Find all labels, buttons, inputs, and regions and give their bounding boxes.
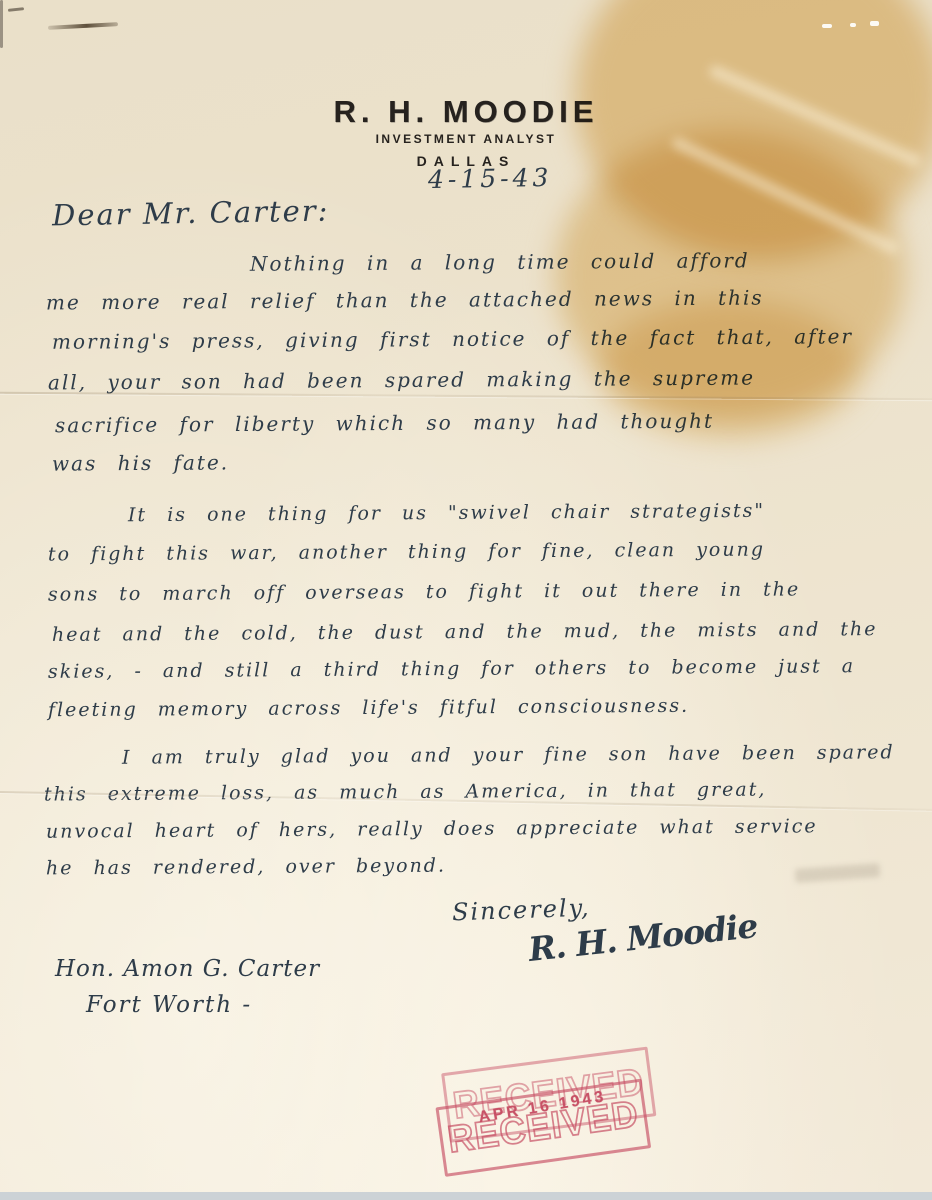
body-line: It is one thing for us "swivel chair str… (128, 500, 765, 526)
letterhead-name: R. H. MOODIE (0, 94, 932, 130)
scanned-letter-page: R. H. MOODIE INVESTMENT ANALYST DALLAS 4… (0, 0, 932, 1192)
body-line: he has rendered, over beyond. (46, 855, 446, 880)
body-line: sacrifice for liberty which so many had … (55, 409, 714, 438)
salutation: Dear Mr. Carter: (52, 194, 330, 233)
body-line: this extreme loss, as much as America, i… (44, 778, 767, 805)
body-line: sons to march off overseas to fight it o… (48, 578, 800, 605)
body-line: I am truly glad you and your fine son ha… (122, 741, 895, 768)
handwritten-date: 4-15-43 (428, 163, 553, 194)
body-line: Nothing in a long time could afford (250, 248, 750, 275)
body-line: skies, - and still a third thing for oth… (48, 655, 855, 683)
body-line: was his fate. (52, 450, 229, 475)
letterhead-title: INVESTMENT ANALYST (0, 132, 932, 146)
body-line: all, your son had been spared making the… (48, 366, 755, 395)
scanner-bed-edge (0, 1192, 932, 1200)
ink-smudge (8, 7, 24, 12)
paper-speck (822, 24, 832, 28)
closing: Sincerely, (452, 894, 591, 927)
paper-speck (870, 21, 879, 26)
body-line: me more real relief than the attached ne… (46, 285, 764, 314)
addressee-name: Hon. Amon G. Carter (55, 956, 320, 982)
addressee-city: Fort Worth - (86, 992, 252, 1018)
body-line: heat and the cold, the dust and the mud,… (52, 618, 878, 646)
coffee-stain (575, 0, 932, 260)
body-line: morning's press, giving first notice of … (52, 324, 853, 354)
ink-smudge (48, 22, 118, 30)
body-line: fleeting memory across life's fitful con… (48, 695, 689, 721)
body-line: unvocal heart of hers, really does appre… (46, 815, 818, 842)
body-line: to fight this war, another thing for fin… (48, 538, 765, 565)
pencil-smudge (795, 863, 881, 883)
received-stamp: RECEIVED RECEIVED APR 16 1943 (431, 1043, 666, 1192)
scan-edge-mark (0, 0, 3, 48)
paper-speck (850, 23, 856, 27)
